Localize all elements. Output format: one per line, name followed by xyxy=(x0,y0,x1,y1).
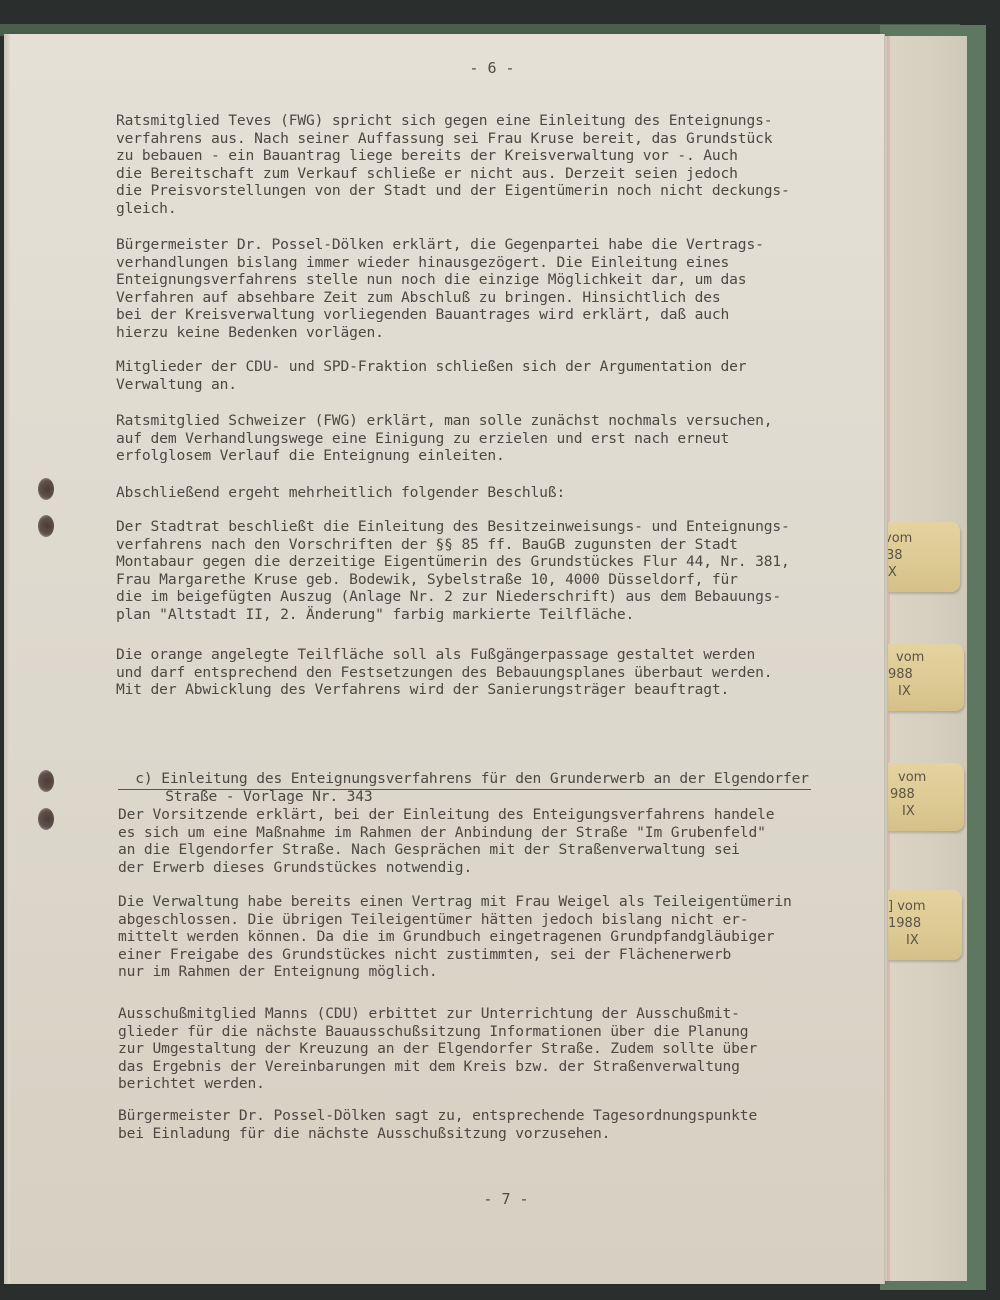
index-tab-4-line-1: ] vom xyxy=(888,898,962,915)
text-line: Bürgermeister Dr. Possel-Dölken erklärt,… xyxy=(116,236,816,254)
paragraph-beschluss-intro: Abschließend ergeht mehrheitlich folgend… xyxy=(116,484,816,502)
text-line: die Bereitschaft zum Verkauf schließe er… xyxy=(116,165,816,183)
paragraph-manns: Ausschußmitglied Manns (CDU) erbittet zu… xyxy=(118,1005,818,1093)
text-line: zu bebauen - ein Bauantrag liege bereits… xyxy=(116,147,816,165)
index-tab-2-line-3: IX xyxy=(898,683,964,700)
text-line: plan "Altstadt II, 2. Änderung" farbig m… xyxy=(116,606,816,624)
text-line: das Ergebnis der Vereinbarungen mit dem … xyxy=(118,1058,818,1076)
text-line: es sich um eine Maßnahme im Rahmen der A… xyxy=(118,824,818,842)
text-line: hierzu keine Bedenken vorlägen. xyxy=(116,324,816,342)
text-line: Ratsmitglied Schweizer (FWG) erklärt, ma… xyxy=(116,412,816,430)
text-line: verfahrens aus. Nach seiner Auffassung s… xyxy=(116,130,816,148)
page-number-bottom: - 7 - xyxy=(6,1190,1000,1208)
punch-hole-1 xyxy=(38,478,54,500)
index-tab-3-line-3: IX xyxy=(902,803,964,820)
text-line: Enteignungsverfahrens stelle nun noch di… xyxy=(116,271,816,289)
text-line: glieder für die nächste Bauausschußsitzu… xyxy=(118,1023,818,1041)
paragraph-buergermeister-1: Bürgermeister Dr. Possel-Dölken erklärt,… xyxy=(116,236,816,342)
paragraph-schweizer: Ratsmitglied Schweizer (FWG) erklärt, ma… xyxy=(116,412,816,465)
text-line: auf dem Verhandlungswege eine Einigung z… xyxy=(116,430,816,448)
section-c-heading-cont: Straße - Vorlage Nr. 343 xyxy=(148,770,848,805)
text-line: Verfahren auf absehbare Zeit zum Abschlu… xyxy=(116,289,816,307)
text-line: abgeschlossen. Die übrigen Teileigentüme… xyxy=(118,911,818,929)
text-line: Bürgermeister Dr. Possel-Dölken sagt zu,… xyxy=(118,1107,818,1125)
index-tab-3[interactable]: vom 988 IX xyxy=(888,763,964,831)
paragraph-buergermeister-2: Bürgermeister Dr. Possel-Dölken sagt zu,… xyxy=(118,1107,818,1142)
paragraph-vorsitzende: Der Vorsitzende erklärt, bei der Einleit… xyxy=(118,806,818,876)
index-tab-1-line-3: IX xyxy=(888,564,960,581)
text-line: und darf entsprechend den Festsetzungen … xyxy=(116,664,816,682)
text-line: an die Elgendorfer Straße. Nach Gespräch… xyxy=(118,841,818,859)
text-line: Die Verwaltung habe bereits einen Vertra… xyxy=(118,893,818,911)
page-left-edge xyxy=(4,34,10,1284)
punch-hole-4 xyxy=(38,808,54,830)
text-line: nur im Rahmen der Enteignung möglich. xyxy=(118,963,818,981)
text-line: bei Einladung für die nächste Ausschußsi… xyxy=(118,1125,818,1143)
text-line: der Erwerb dieses Grundstückes notwendig… xyxy=(118,859,818,877)
index-tab-1[interactable]: vom 38 IX xyxy=(888,522,960,592)
index-tab-2[interactable]: vom 988 IX xyxy=(888,644,964,711)
section-c-underline xyxy=(118,789,811,790)
text-line: Die orange angelegte Teilfläche soll als… xyxy=(116,646,816,664)
text-line: gleich. xyxy=(116,200,816,218)
index-tab-3-line-1: vom xyxy=(898,769,964,786)
text-line: Mitglieder der CDU- und SPD-Fraktion sch… xyxy=(116,358,816,376)
text-line: Der Stadtrat beschließt die Einleitung d… xyxy=(116,518,816,536)
index-tab-1-line-2: 38 xyxy=(888,547,960,564)
index-tab-4-line-2: 1988 xyxy=(888,915,962,932)
paragraph-beschluss: Der Stadtrat beschließt die Einleitung d… xyxy=(116,518,816,624)
page-number-top: - 6 - xyxy=(0,59,992,77)
text-line: Mit der Abwicklung des Verfahrens wird d… xyxy=(116,681,816,699)
text-line: bei der Kreisverwaltung vorliegenden Bau… xyxy=(116,306,816,324)
text-line: Frau Margarethe Kruse geb. Bodewik, Sybe… xyxy=(116,571,816,589)
index-tab-4[interactable]: ] vom 1988 IX xyxy=(888,890,962,960)
text-line: erfolglosem Verlauf die Enteignung einle… xyxy=(116,447,816,465)
punch-hole-2 xyxy=(38,515,54,537)
text-line: Montabaur gegen die derzeitige Eigentüme… xyxy=(116,553,816,571)
index-tab-3-line-2: 988 xyxy=(890,786,964,803)
paragraph-teves: Ratsmitglied Teves (FWG) spricht sich ge… xyxy=(116,112,816,218)
paragraph-teilflaeche: Die orange angelegte Teilfläche soll als… xyxy=(116,646,816,699)
text-line: Der Vorsitzende erklärt, bei der Einleit… xyxy=(118,806,818,824)
index-tab-1-line-1: vom xyxy=(888,530,960,547)
index-tab-2-line-2: 988 xyxy=(888,666,964,683)
text-line: die Preisvorstellungen von der Stadt und… xyxy=(116,182,816,200)
text-line: zur Umgestaltung der Kreuzung an der Elg… xyxy=(118,1040,818,1058)
text-line: einer Freigabe des Grundstückes nicht zu… xyxy=(118,946,818,964)
text-line: Abschließend ergeht mehrheitlich folgend… xyxy=(116,484,816,502)
index-tab-2-line-1: vom xyxy=(896,649,964,666)
text-line: verhandlungen bislang immer wieder hinau… xyxy=(116,254,816,272)
text-line: die im beigefügten Auszug (Anlage Nr. 2 … xyxy=(116,588,816,606)
section-c-title-line-2: Straße - Vorlage Nr. 343 xyxy=(165,788,372,805)
paragraph-cdu-spd: Mitglieder der CDU- und SPD-Fraktion sch… xyxy=(116,358,816,393)
index-tab-4-line-3: IX xyxy=(906,932,962,949)
text-line: verfahrens nach den Vorschriften der §§ … xyxy=(116,536,816,554)
text-line: Ratsmitglied Teves (FWG) spricht sich ge… xyxy=(116,112,816,130)
paragraph-verwaltung: Die Verwaltung habe bereits einen Vertra… xyxy=(118,893,818,981)
text-line: mittelt werden können. Da die im Grundbu… xyxy=(118,928,818,946)
text-line: berichtet werden. xyxy=(118,1075,818,1093)
punch-hole-3 xyxy=(38,770,54,792)
text-line: Ausschußmitglied Manns (CDU) erbittet zu… xyxy=(118,1005,818,1023)
text-line: Verwaltung an. xyxy=(116,376,816,394)
